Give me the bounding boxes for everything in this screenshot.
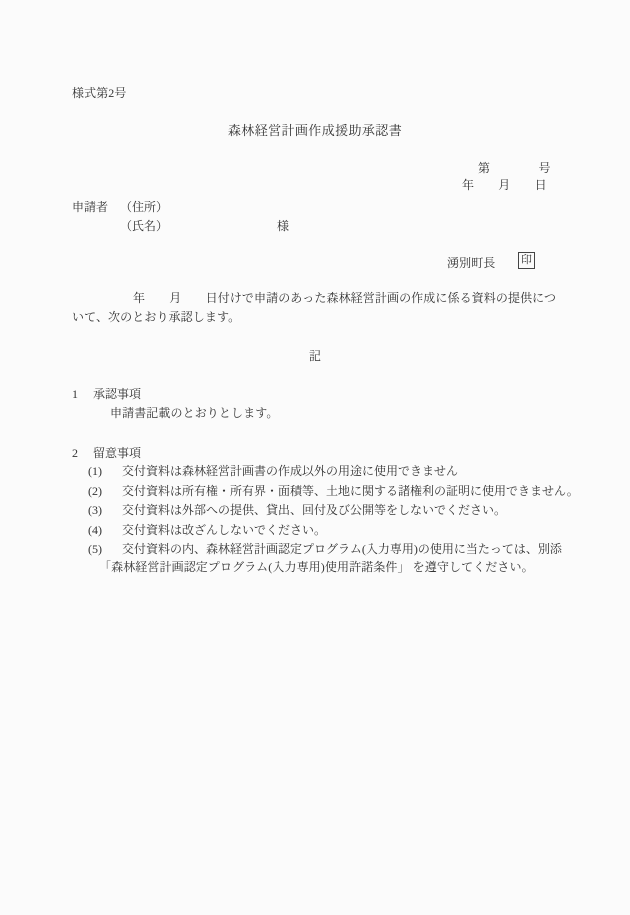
applicant-address-label: （住所） xyxy=(120,199,168,215)
document-page: 様式第2号 森林経営計画作成援助承認書 第 号 年 月 日 申請者 （住所） （… xyxy=(0,0,630,915)
document-title: 森林経営計画作成援助承認書 xyxy=(0,123,630,139)
applicant-address-row: 申請者 （住所） xyxy=(0,199,630,215)
list-item: (5) 交付資料の内、森林経営計画認定プログラム(入力専用)の使用に当たっては、… xyxy=(0,541,630,557)
record-mark: 記 xyxy=(0,348,630,364)
form-number: 様式第2号 xyxy=(72,85,127,101)
applicant-name-label: （氏名） xyxy=(120,218,168,234)
list-item-marker: (5) xyxy=(88,541,102,557)
section-2-number: 2 xyxy=(72,445,78,461)
list-item-continuation: 「森林経営計画認定プログラム(入力専用)使用許諾条件」 を遵守してください。 xyxy=(99,559,534,575)
body-paragraph-line1: 年 月 日付けで申請のあった森林経営計画の作成に係る資料の提供につ xyxy=(133,290,556,306)
list-item: (4) 交付資料は改ざんしないでください。 xyxy=(0,522,630,538)
section-1-heading: 承認事項 xyxy=(93,386,141,402)
list-item: (3) 交付資料は外部への提供、貸出、回付及び公開等をしないでください。 xyxy=(0,502,630,518)
section-2-heading-row: 2 留意事項 xyxy=(0,445,630,461)
applicant-honorific: 様 xyxy=(277,218,289,234)
body-paragraph-line2: いて、次のとおり承認します。 xyxy=(72,309,240,325)
section-1-number: 1 xyxy=(72,386,78,402)
list-item-marker: (4) xyxy=(88,522,102,538)
list-item-marker: (3) xyxy=(88,502,102,518)
list-item-marker: (2) xyxy=(88,483,102,499)
list-item-marker: (1) xyxy=(88,463,102,479)
list-item-text: 交付資料は所有権・所有界・面積等、土地に関する諸権利の証明に使用できません。 xyxy=(122,483,579,499)
applicant-name-row: （氏名） 様 xyxy=(0,218,630,234)
list-item-text: 交付資料は森林経営計画書の作成以外の用途に使用できません xyxy=(122,463,458,479)
seal-mark: 印 xyxy=(518,252,535,269)
applicant-label: 申請者 xyxy=(72,199,108,215)
date-line: 年 月 日 xyxy=(462,177,547,193)
section-1-heading-row: 1 承認事項 xyxy=(0,386,630,402)
list-item: (1) 交付資料は森林経営計画書の作成以外の用途に使用できません xyxy=(0,463,630,479)
list-item-text: 交付資料は外部への提供、貸出、回付及び公開等をしないでください。 xyxy=(122,502,506,518)
list-item-text: 交付資料の内、森林経営計画認定プログラム(入力専用)の使用に当たっては、別添 xyxy=(122,541,562,557)
issuer-title: 湧別町長 xyxy=(447,255,495,271)
reference-number-line: 第 号 xyxy=(478,160,551,176)
section-1-body: 申請書記載のとおりとします。 xyxy=(110,405,278,421)
seal-character: 印 xyxy=(521,255,532,266)
list-item-text: 交付資料は改ざんしないでください。 xyxy=(122,522,326,538)
list-item: (2) 交付資料は所有権・所有界・面積等、土地に関する諸権利の証明に使用できませ… xyxy=(0,483,630,499)
section-2-heading: 留意事項 xyxy=(93,445,141,461)
